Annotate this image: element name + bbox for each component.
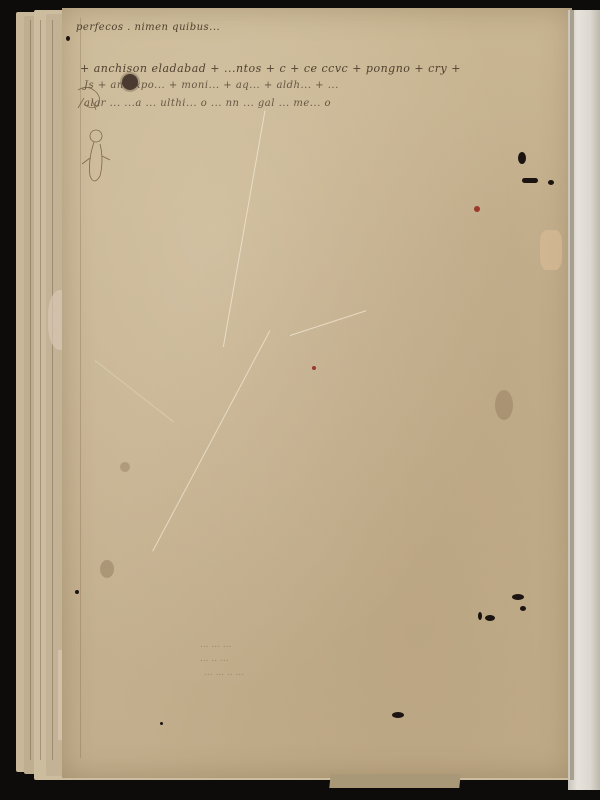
stain — [495, 390, 513, 420]
wormhole — [522, 178, 538, 183]
ink-blot — [122, 74, 138, 90]
wormhole — [75, 590, 79, 594]
folded-corner — [329, 774, 460, 788]
wormhole — [518, 152, 526, 164]
faint-text: ... ... .. ... — [204, 668, 244, 678]
wormhole — [66, 36, 70, 41]
stain — [120, 462, 130, 472]
text-line: alar ... ...a ... ulthi... o ... nn ... … — [84, 98, 331, 109]
wormhole — [548, 180, 554, 185]
faint-text: ... .. ... — [200, 654, 229, 664]
leaf-edge — [40, 20, 41, 760]
leaf-edge — [30, 20, 31, 760]
wormhole — [392, 712, 404, 718]
wormhole — [478, 612, 482, 620]
text-line: + anchison eladabad + ...ntos + c + ce c… — [80, 62, 461, 75]
red-spot — [474, 206, 480, 212]
binding-edge — [570, 10, 574, 780]
text-line: perfecos . nimen quibus... — [76, 22, 220, 33]
stain — [100, 560, 114, 578]
torn-edge — [540, 230, 562, 270]
wormhole — [160, 722, 163, 725]
wormhole — [485, 615, 495, 621]
marginal-sketch-icon — [70, 40, 120, 200]
faint-text: ... ... ... — [200, 640, 231, 650]
leaf-edge — [52, 20, 53, 760]
wormhole — [512, 594, 524, 600]
red-spot — [312, 366, 316, 370]
wormhole — [520, 606, 526, 611]
